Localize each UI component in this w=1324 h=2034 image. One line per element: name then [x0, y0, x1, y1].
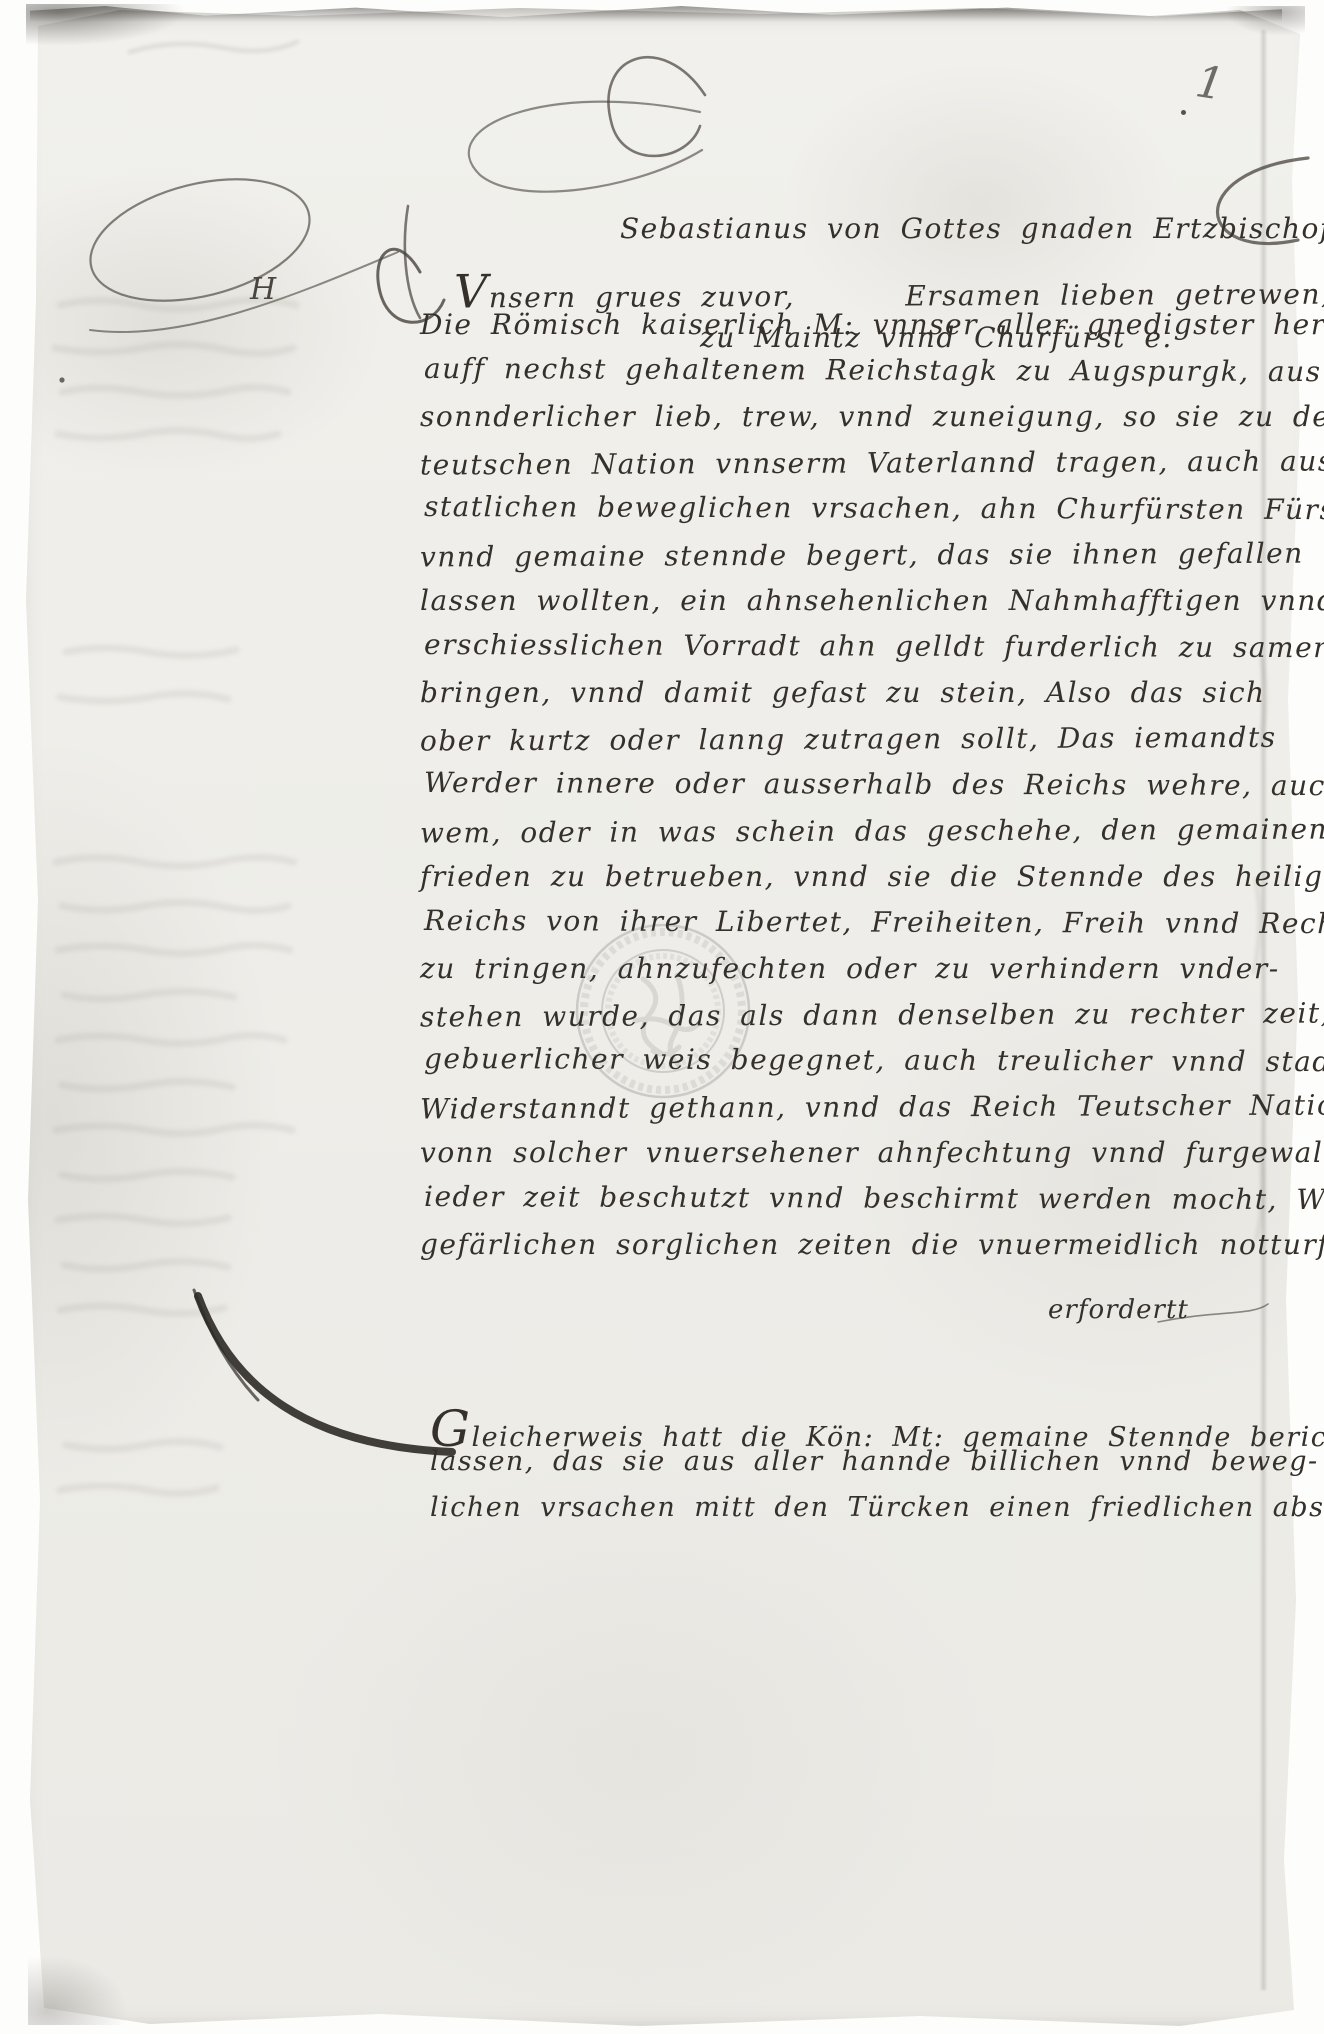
manuscript-line: auff nechst gehaltenem Reichstagk zu Aug… — [424, 352, 1324, 402]
header-line-1: Sebastianus von Gottes gnaden Ertzbischo… — [620, 212, 1324, 245]
manuscript-line: ieder zeit beschutzt vnnd beschirmt werd… — [424, 1180, 1324, 1230]
manuscript-line: zu tringen, ahnzufechten oder zu verhind… — [420, 952, 1324, 998]
dark-corner-top-left — [26, 4, 186, 46]
manuscript-line: statlichen beweglichen vrsachen, ahn Chu… — [424, 490, 1324, 540]
body-paragraph-2: Gleicherweis hatt die Kön: Mt: gemaine S… — [430, 1400, 1324, 1538]
manuscript-line: vonn solcher vnuersehener ahnfechtung vn… — [420, 1136, 1324, 1182]
manuscript-line: gefärlichen sorglichen zeiten die vnuerm… — [420, 1228, 1324, 1274]
manuscript-line: teutschen Nation vnnserm Vaterlannd trag… — [420, 443, 1324, 494]
manuscript-line: Gleicherweis hatt die Kön: Mt: gemaine S… — [430, 1400, 1324, 1446]
manuscript-line: lassen, das sie aus aller hannde billich… — [430, 1446, 1324, 1492]
manuscript-line: vnnd gemaine stennde begert, das sie ihn… — [420, 535, 1324, 586]
manuscript-line: bringen, vnnd damit gefast zu stein, Als… — [420, 676, 1324, 722]
body-paragraph-1: Vnsern grues zuvor, Ersamen lieben getre… — [420, 262, 1324, 1274]
manuscript-line: sonnderlicher lieb, trew, vnnd zuneigung… — [420, 400, 1324, 446]
dark-corner-bottom-left — [28, 1955, 128, 2025]
manuscript-line: Reichs von ihrer Libertet, Freiheiten, F… — [424, 904, 1324, 954]
manuscript-line: lassen wollten, ein ahnsehenlichen Nahmh… — [420, 584, 1324, 630]
manuscript-line: ober kurtz oder lanng zutragen sollt, Da… — [420, 719, 1324, 770]
manuscript-line: Vnsern grues zuvor, Ersamen lieben getre… — [454, 260, 1324, 311]
manuscript-line: frieden zu betrueben, vnnd sie die Stenn… — [420, 860, 1324, 906]
manuscript-line: wem, oder in was schein das geschehe, de… — [420, 811, 1324, 862]
manuscript-line: Werder innere oder ausserhalb des Reichs… — [424, 766, 1324, 816]
manuscript-line: gebuerlicher weis begegnet, auch treulic… — [424, 1042, 1324, 1092]
manuscript-line: Widerstanndt gethann, vnnd das Reich Teu… — [420, 1087, 1324, 1138]
pencil-dot — [1181, 110, 1186, 115]
margin-mark-h: H — [250, 272, 276, 307]
manuscript-line: erschiesslichen Vorradt ahn gelldt furde… — [424, 628, 1324, 678]
manuscript-line: Die Römisch kaiserlich M: vnnser aller g… — [420, 308, 1324, 354]
scanned-manuscript-view: 1 H Sebastianus von Gottes gnaden Ertzbi… — [0, 0, 1324, 2034]
closing-word: erfordertt — [1048, 1295, 1189, 1325]
manuscript-line: lichen vrsachen mitt den Türcken einen f… — [430, 1492, 1324, 1538]
manuscript-line: stehen wurde, das als dann denselben zu … — [420, 995, 1324, 1046]
